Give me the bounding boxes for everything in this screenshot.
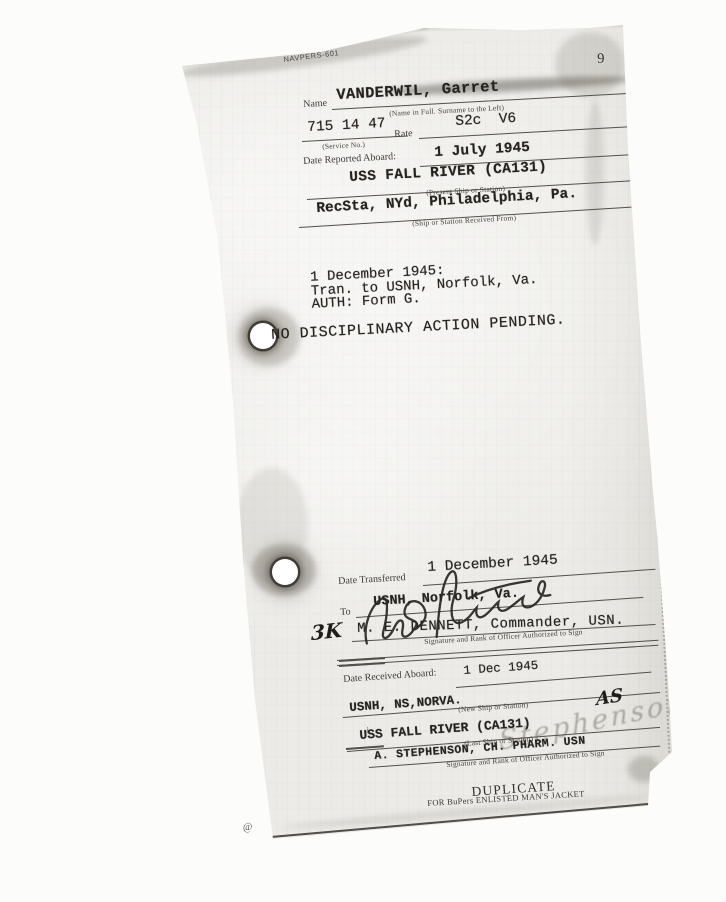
name-label: Name: [303, 99, 327, 110]
torn-edge-top-right: [418, 20, 626, 32]
service-no-sublabel: (Service No.): [322, 141, 365, 151]
right-margin-streak: [586, 100, 604, 245]
to-label: To: [340, 607, 351, 618]
rate-label: Rate: [394, 129, 413, 140]
corner-mark: @: [243, 822, 252, 833]
rate-value: S2c V6: [455, 112, 517, 130]
signature-scrawl: [350, 555, 563, 654]
handwritten-mark: 3K: [311, 618, 342, 645]
page-number: 9: [597, 51, 605, 68]
right-notch-stain: [628, 756, 660, 782]
document-paper: NAVPERS-601 9 Name VANDERWIL, Garret (Na…: [0, 0, 726, 902]
scan-background: NAVPERS-601 9 Name VANDERWIL, Garret (Na…: [0, 0, 726, 902]
punch-hole-bottom: [272, 559, 298, 585]
